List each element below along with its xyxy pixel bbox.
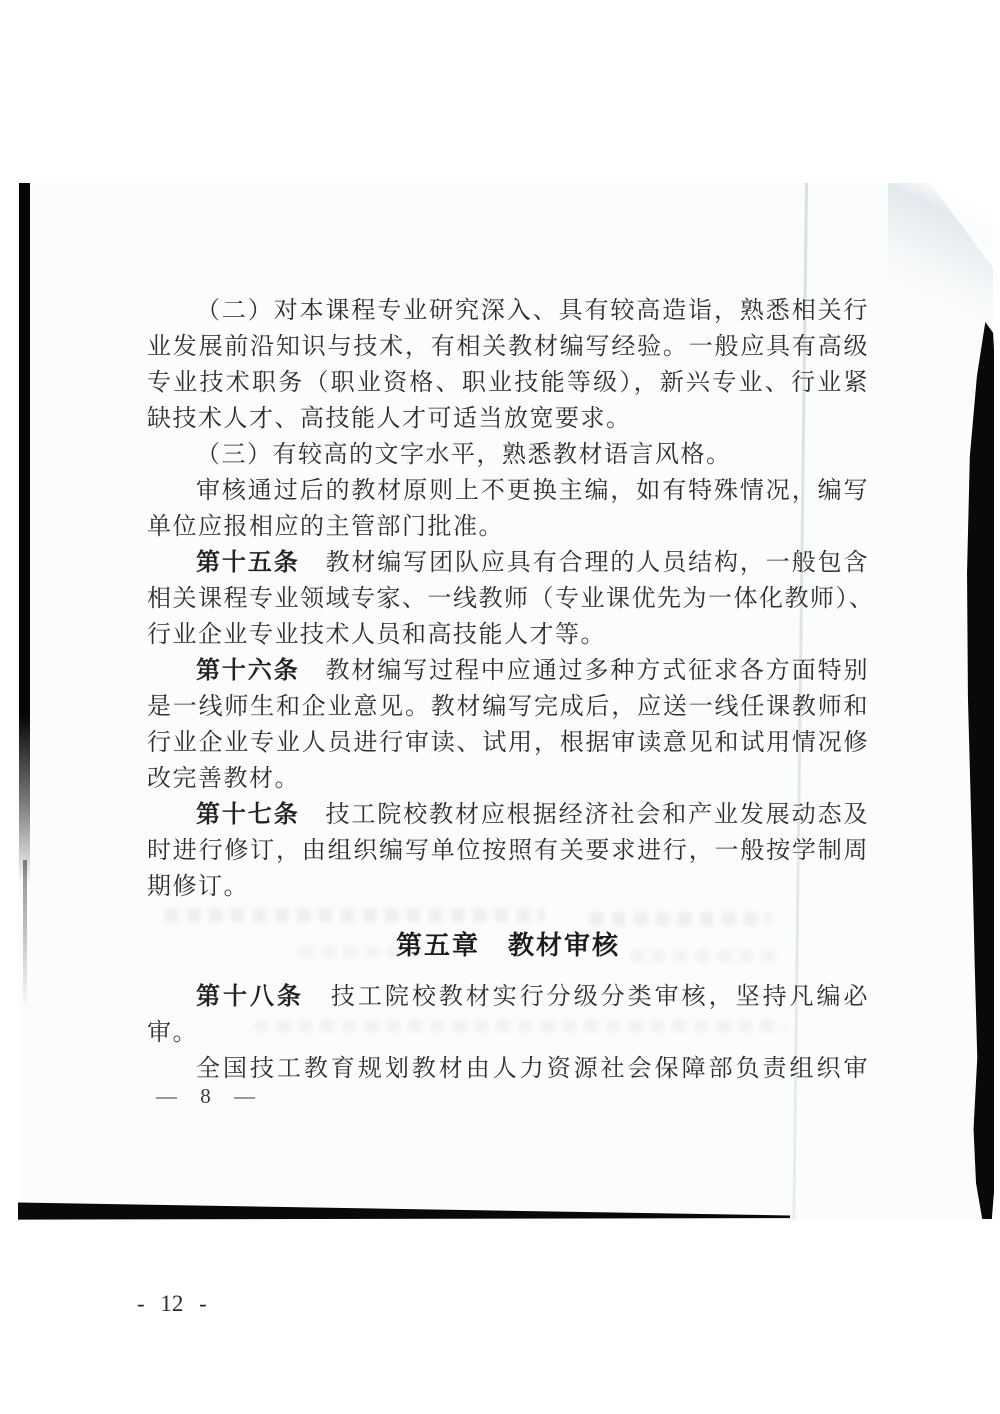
chapter-heading: 第五章 教材审核 <box>147 927 869 963</box>
text-segment: （二）对本课程专业研究深入、具有较高造诣，熟悉相关行 <box>196 298 869 324</box>
text-segment: 改完善教材。 <box>147 766 300 792</box>
text-segment: 相关课程专业领域专家、一线教师（专业课优先为一体化教师）、 <box>147 586 875 612</box>
text-line: 专业技术职务（职业资格、职业技能等级），新兴专业、行业紧 <box>147 365 869 401</box>
scan-page-number: — 8 — <box>156 1084 256 1109</box>
article-number-label: 第十八条 <box>196 983 304 1010</box>
text-segment: 期修订。 <box>147 874 249 900</box>
outer-page-number: - 12 - <box>137 1291 207 1317</box>
text-segment: 行业企业专业技术人员和高技能人才等。 <box>147 622 606 648</box>
text-line: 缺技术人才、高技能人才可适当放宽要求。 <box>147 401 869 437</box>
text-line: 行业企业专业技术人员和高技能人才等。 <box>147 617 869 653</box>
text-segment: 专业技术职务（职业资格、职业技能等级），新兴专业、行业紧 <box>147 370 869 396</box>
text-line: 第十七条 技工院校教材应根据经济社会和产业发展动态及 <box>147 797 869 833</box>
text-line: 期修订。 <box>147 869 869 905</box>
text-segment: 是一线师生和企业意见。教材编写完成后，应送一线任课教师和 <box>147 694 869 720</box>
text-segment: 行业企业专业人员进行审读、试用，根据审读意见和试用情况修 <box>147 730 869 756</box>
text-line: 第十五条 教材编写团队应具有合理的人员结构，一般包含 <box>147 545 869 581</box>
text-segment: 技工院校教材实行分级分类审核，坚持凡编必 <box>304 984 869 1010</box>
text-segment: 教材编写过程中应通过多种方式征求各方面特别 <box>300 658 869 684</box>
text-segment: 全国技工教育规划教材由人力资源社会保障部负责组织审 <box>196 1056 869 1082</box>
text-segment: 时进行修订，由组织编写单位按照有关要求进行，一般按学制周 <box>147 838 869 864</box>
text-line: 审。 <box>147 1015 869 1051</box>
text-segment: 审。 <box>147 1020 198 1046</box>
article-number-label: 第十五条 <box>196 549 300 576</box>
text-line: 业发展前沿知识与技术，有相关教材编写经验。一般应具有高级 <box>147 329 869 365</box>
text-line: 单位应报相应的主管部门批准。 <box>147 509 869 545</box>
text-line: 是一线师生和企业意见。教材编写完成后，应送一线任课教师和 <box>147 689 869 725</box>
text-line: （二）对本课程专业研究深入、具有较高造诣，熟悉相关行 <box>147 293 869 329</box>
scanner-shadow-left-fade <box>23 860 27 1010</box>
article-number-label: 第十七条 <box>196 801 300 828</box>
text-segment: （三）有较高的文字水平，熟悉教材语言风格。 <box>196 442 732 468</box>
text-segment: 缺技术人才、高技能人才可适当放宽要求。 <box>147 406 632 432</box>
text-line: 改完善教材。 <box>147 761 869 797</box>
text-segment: 单位应报相应的主管部门批准。 <box>147 514 504 540</box>
text-line: （三）有较高的文字水平，熟悉教材语言风格。 <box>147 437 869 473</box>
text-line: 全国技工教育规划教材由人力资源社会保障部负责组织审 <box>147 1051 869 1087</box>
article-number-label: 第十六条 <box>196 657 300 684</box>
text-segment: 技工院校教材应根据经济社会和产业发展动态及 <box>300 802 869 828</box>
text-segment: 业发展前沿知识与技术，有相关教材编写经验。一般应具有高级 <box>147 334 869 360</box>
text-segment: 审核通过后的教材原则上不更换主编，如有特殊情况，编写 <box>196 478 869 504</box>
text-line: 审核通过后的教材原则上不更换主编，如有特殊情况，编写 <box>147 473 869 509</box>
text-line: 相关课程专业领域专家、一线教师（专业课优先为一体化教师）、 <box>147 581 869 617</box>
text-line: 行业企业专业人员进行审读、试用，根据审读意见和试用情况修 <box>147 725 869 761</box>
body-text: （二）对本课程专业研究深入、具有较高造诣，熟悉相关行业发展前沿知识与技术，有相关… <box>147 293 869 1087</box>
text-segment: 教材编写团队应具有合理的人员结构，一般包含 <box>300 550 869 576</box>
text-line: 第十六条 教材编写过程中应通过多种方式征求各方面特别 <box>147 653 869 689</box>
text-line: 第十八条 技工院校教材实行分级分类审核，坚持凡编必 <box>147 979 869 1015</box>
scanned-page: （二）对本课程专业研究深入、具有较高造诣，熟悉相关行业发展前沿知识与技术，有相关… <box>0 0 1000 1414</box>
scanner-shadow-left <box>19 183 30 883</box>
paragraphs-after-heading: 第十八条 技工院校教材实行分级分类审核，坚持凡编必审。全国技工教育规划教材由人力… <box>147 979 869 1087</box>
text-line: 时进行修订，由组织编写单位按照有关要求进行，一般按学制周 <box>147 833 869 869</box>
paragraphs-before-heading: （二）对本课程专业研究深入、具有较高造诣，熟悉相关行业发展前沿知识与技术，有相关… <box>147 293 869 905</box>
